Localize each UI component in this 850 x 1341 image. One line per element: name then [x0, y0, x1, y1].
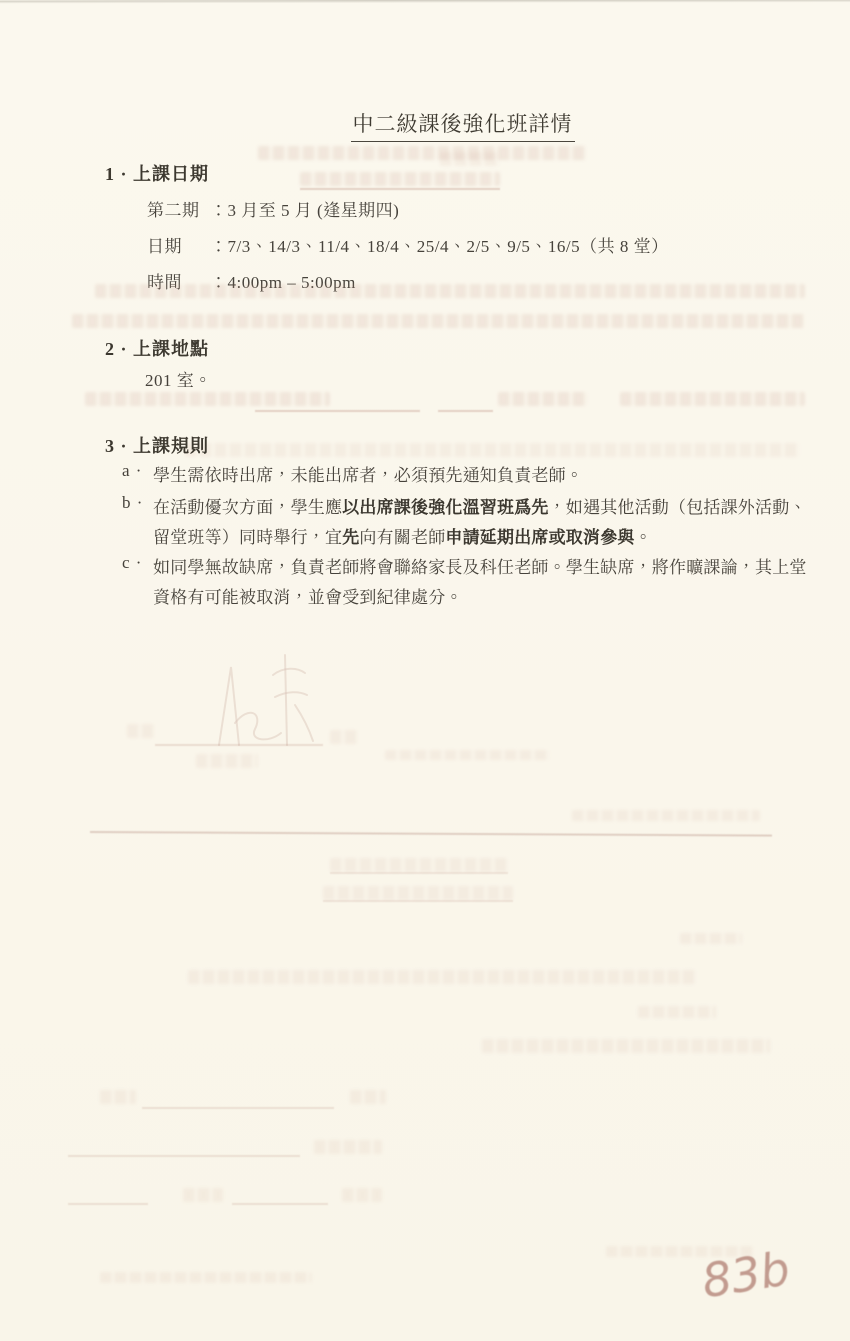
rule-b-marker: b · [122, 493, 153, 553]
bleedthrough-text [85, 392, 330, 406]
bleedthrough-text [100, 1272, 312, 1283]
page-title-text: 中二級課後強化班詳情 [351, 108, 575, 142]
bleedthrough-underline [68, 1155, 300, 1157]
bleedthrough-text [482, 1039, 770, 1053]
room-text: 201 室。 [145, 366, 212, 391]
scanned-notice-page: 中二級課後強化班詳情 1 · 上課日期 第二期：3 月至 5 月 (逢星期四) … [0, 0, 850, 1341]
bleedthrough-underline [330, 872, 508, 874]
bleedthrough-underline [68, 1203, 148, 1205]
bleedthrough-signature [205, 645, 325, 755]
bleedthrough-underline [232, 1203, 328, 1205]
bleedthrough-text [127, 724, 155, 738]
section-1-heading: 1 · 上課日期 [105, 160, 209, 186]
bleedthrough-underline [323, 900, 513, 902]
rule-c: c · 如同學無故缺席，負責老師將會聯絡家長及科任老師。學生缺席，將作曠課論，其… [122, 553, 805, 613]
rule-b-text: 在活動優次方面，學生應以出席課後強化溫習班爲先，如遇其他活動（包括課外活動、 留… [153, 493, 805, 553]
bleedthrough-text [95, 284, 805, 298]
bleedthrough-text [350, 1090, 386, 1104]
bleedthrough-text [323, 886, 513, 900]
bleedthrough-text [100, 1090, 136, 1104]
bleedthrough-text [330, 858, 508, 872]
bleedthrough-text [300, 172, 500, 186]
bleedthrough-text [680, 933, 742, 944]
term-label: 第二期 [147, 196, 210, 221]
rule-a-text: 學生需依時出席，未能出席者，必須預先通知負責老師。 [153, 461, 805, 491]
bleedthrough-text [572, 810, 760, 821]
bleedthrough-text [183, 1188, 223, 1202]
rule-a: a · 學生需依時出席，未能出席者，必須預先通知負責老師。 [122, 461, 805, 491]
crease-line [90, 831, 772, 836]
bleedthrough-underline [300, 188, 500, 190]
section-3-heading: 3 · 上課規則 [105, 432, 209, 458]
bleedthrough-text [188, 970, 696, 984]
bleedthrough-text [185, 443, 800, 457]
term-row: 第二期：3 月至 5 月 (逢星期四) [147, 196, 399, 221]
bleedthrough-underline [255, 410, 420, 412]
bleedthrough-text [314, 1140, 382, 1154]
bleedthrough-underline [142, 1107, 334, 1109]
rule-b: b · 在活動優次方面，學生應以出席課後強化溫習班爲先，如遇其他活動（包括課外活… [122, 493, 805, 553]
section-2-heading: 2 · 上課地點 [105, 335, 209, 361]
bleedthrough-text [620, 392, 805, 406]
term-value: ：3 月至 5 月 (逢星期四) [210, 196, 399, 221]
bleedthrough-text [330, 730, 358, 744]
bleedthrough-text [385, 750, 550, 760]
rule-c-marker: c · [122, 553, 153, 613]
dates-row: 日期：7/3、14/3、11/4、18/4、25/4、2/5、9/5、16/5（… [147, 232, 669, 257]
bleedthrough-text [342, 1188, 382, 1202]
bleedthrough-text [638, 1006, 716, 1018]
bleedthrough-text [440, 152, 500, 166]
page-title: 中二級課後強化班詳情 [75, 108, 850, 142]
bleedthrough-underline [438, 410, 493, 412]
dates-label: 日期 [147, 232, 210, 257]
scan-edge [0, 0, 850, 4]
rule-c-text: 如同學無故缺席，負責老師將會聯絡家長及科任老師。學生缺席，將作曠課論，其上堂 資… [153, 553, 805, 613]
bleedthrough-text [196, 754, 258, 768]
bleedthrough-text [72, 314, 804, 328]
dates-value: ：7/3、14/3、11/4、18/4、25/4、2/5、9/5、16/5（共 … [210, 232, 669, 257]
rule-a-marker: a · [122, 461, 153, 491]
bleedthrough-text [498, 392, 588, 406]
bleedthrough-text [258, 146, 586, 160]
